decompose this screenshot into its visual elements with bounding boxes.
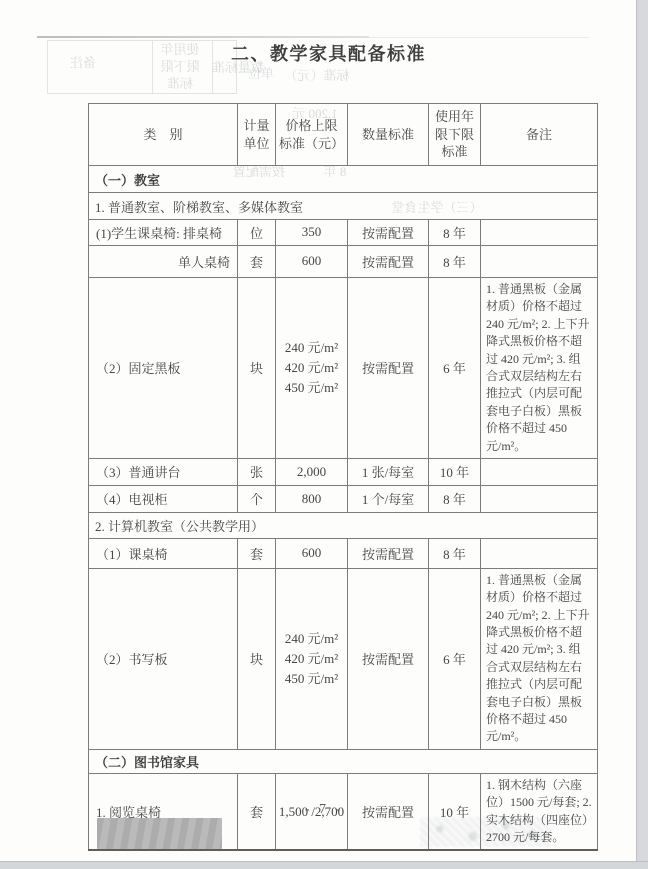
cell-item-name: (1)学生课桌椅: 排桌椅 [89, 220, 238, 246]
cell-remark [481, 485, 598, 512]
header-cell-price: 价格上限 标准（元） [276, 104, 348, 166]
furniture-standards-table: 类 别 计量 单位 价格上限 标准（元） 数量标准 使用年 限下限 标准 备注 … [88, 103, 598, 851]
cell-unit: 位 [238, 220, 276, 246]
page-edge-bottom [0, 861, 648, 869]
section-row-computer-classroom: 2. 计算机教室（公共教学用） [89, 512, 598, 538]
cell-years: 8 年 [429, 538, 481, 568]
cell-quantity: 按需配置 [348, 246, 429, 278]
cell-item-name: （4）电视柜 [89, 485, 238, 512]
price-value: 240 元/m² 420 元/m² 450 元/m² [285, 629, 338, 689]
section-row-ordinary-classroom: 1. 普通教室、阶梯教室、多媒体教室 [89, 193, 598, 220]
cell-item-name: （2）书写板 [89, 568, 238, 749]
cell-price: 600 [276, 246, 348, 278]
section-label: 1. 普通教室、阶梯教室、多媒体教室 [89, 193, 598, 220]
scan-artifact-line [369, 37, 589, 38]
header-cell-category: 类 别 [89, 104, 238, 166]
bleedthrough-text: 单位 [241, 66, 281, 83]
page-edge-right [636, 0, 648, 869]
table-row: （1）课桌椅 套 600 按需配置 8 年 [89, 538, 598, 568]
section-label: （一）教室 [89, 166, 598, 193]
cell-remark [481, 220, 598, 246]
cell-remark: 1. 普通黑板（金属材质）价格不超过 240 元/m²; 2. 上下升降式黑板价… [481, 568, 598, 749]
cell-item-name: （1）课桌椅 [89, 538, 238, 568]
bleedthrough-text: 使用年 限下限 标准 [150, 42, 210, 93]
price-value: 350 [302, 222, 322, 242]
cell-item-name: （2）固定黑板 [89, 278, 238, 459]
section-row-library: （二）图书馆家具 [89, 749, 598, 773]
cell-years: 6 年 [429, 278, 481, 459]
cell-remark [481, 538, 598, 568]
price-value: 600 [302, 543, 322, 563]
price-value: 800 [302, 489, 322, 509]
bleedthrough-gridline [212, 41, 213, 93]
cell-years: 8 年 [429, 220, 481, 246]
page-number: - 7 - [0, 802, 648, 818]
bleedthrough-text: 备注 [48, 55, 118, 72]
cell-price: 350 [276, 220, 348, 246]
header-cell-remark: 备注 [481, 104, 598, 166]
price-value: 240 元/m² 420 元/m² 450 元/m² [285, 338, 338, 398]
cell-price: 2,000 [276, 458, 348, 485]
cell-item-name: 单人桌椅 [89, 246, 238, 278]
cell-quantity: 1 张/每室 [348, 458, 429, 485]
header-cell-quantity: 数量标准 [348, 104, 429, 166]
table-row: （2）固定黑板 块 240 元/m² 420 元/m² 450 元/m² 按需配… [89, 278, 598, 459]
cell-quantity: 按需配置 [348, 220, 429, 246]
cell-quantity: 按需配置 [348, 568, 429, 749]
cell-years: 8 年 [429, 246, 481, 278]
bleedthrough-grid [47, 40, 237, 94]
page-title: 二、教学家具配备标准 [231, 40, 426, 66]
table-row: 单人桌椅 套 600 按需配置 8 年 [89, 246, 598, 278]
cell-price: 600 [276, 538, 348, 568]
cell-quantity: 按需配置 [348, 538, 429, 568]
cell-quantity: 按需配置 [348, 278, 429, 459]
cell-remark: 1. 普通黑板（金属材质）价格不超过 240 元/m²; 2. 上下升降式黑板价… [481, 278, 598, 459]
table-row: (1)学生课桌椅: 排桌椅 位 350 按需配置 8 年 [89, 220, 598, 246]
table-row: （2）书写板 块 240 元/m² 420 元/m² 450 元/m² 按需配置… [89, 568, 598, 749]
bleedthrough-gridline [152, 41, 153, 93]
cell-years: 8 年 [429, 485, 481, 512]
cell-unit: 块 [238, 278, 276, 459]
cell-unit: 个 [238, 485, 276, 512]
header-cell-years: 使用年 限下限 标准 [429, 104, 481, 166]
section-label: 2. 计算机教室（公共教学用） [89, 512, 598, 538]
cell-unit: 张 [238, 458, 276, 485]
section-row-classroom: （一）教室 [89, 166, 598, 193]
header-cell-unit: 计量 单位 [238, 104, 276, 166]
price-value: 600 [302, 251, 322, 271]
cell-price: 240 元/m² 420 元/m² 450 元/m² [276, 568, 348, 749]
cell-years: 6 年 [429, 568, 481, 749]
cell-quantity: 1 个/每室 [348, 485, 429, 512]
cell-remark [481, 458, 598, 485]
cell-item-name: （3）普通讲台 [89, 458, 238, 485]
document-page: 备注 使用年 限下限 标准 数量标准 单位 标准（元） 1,200 元 按需配置… [0, 0, 648, 869]
scan-artifact-line [37, 36, 369, 38]
bleedthrough-text: 标准（元） [276, 68, 358, 85]
table-row: （3）普通讲台 张 2,000 1 张/每室 10 年 [89, 458, 598, 485]
cell-price: 800 [276, 485, 348, 512]
cell-unit: 套 [238, 538, 276, 568]
table-row: （4）电视柜 个 800 1 个/每室 8 年 [89, 485, 598, 512]
table-header-row: 类 别 计量 单位 价格上限 标准（元） 数量标准 使用年 限下限 标准 备注 [89, 104, 598, 166]
cell-unit: 块 [238, 568, 276, 749]
cell-remark [481, 246, 598, 278]
cell-price: 240 元/m² 420 元/m² 450 元/m² [276, 278, 348, 459]
section-label: （二）图书馆家具 [89, 749, 598, 773]
price-value: 2,000 [297, 462, 326, 482]
cell-years: 10 年 [429, 458, 481, 485]
cell-unit: 套 [238, 246, 276, 278]
